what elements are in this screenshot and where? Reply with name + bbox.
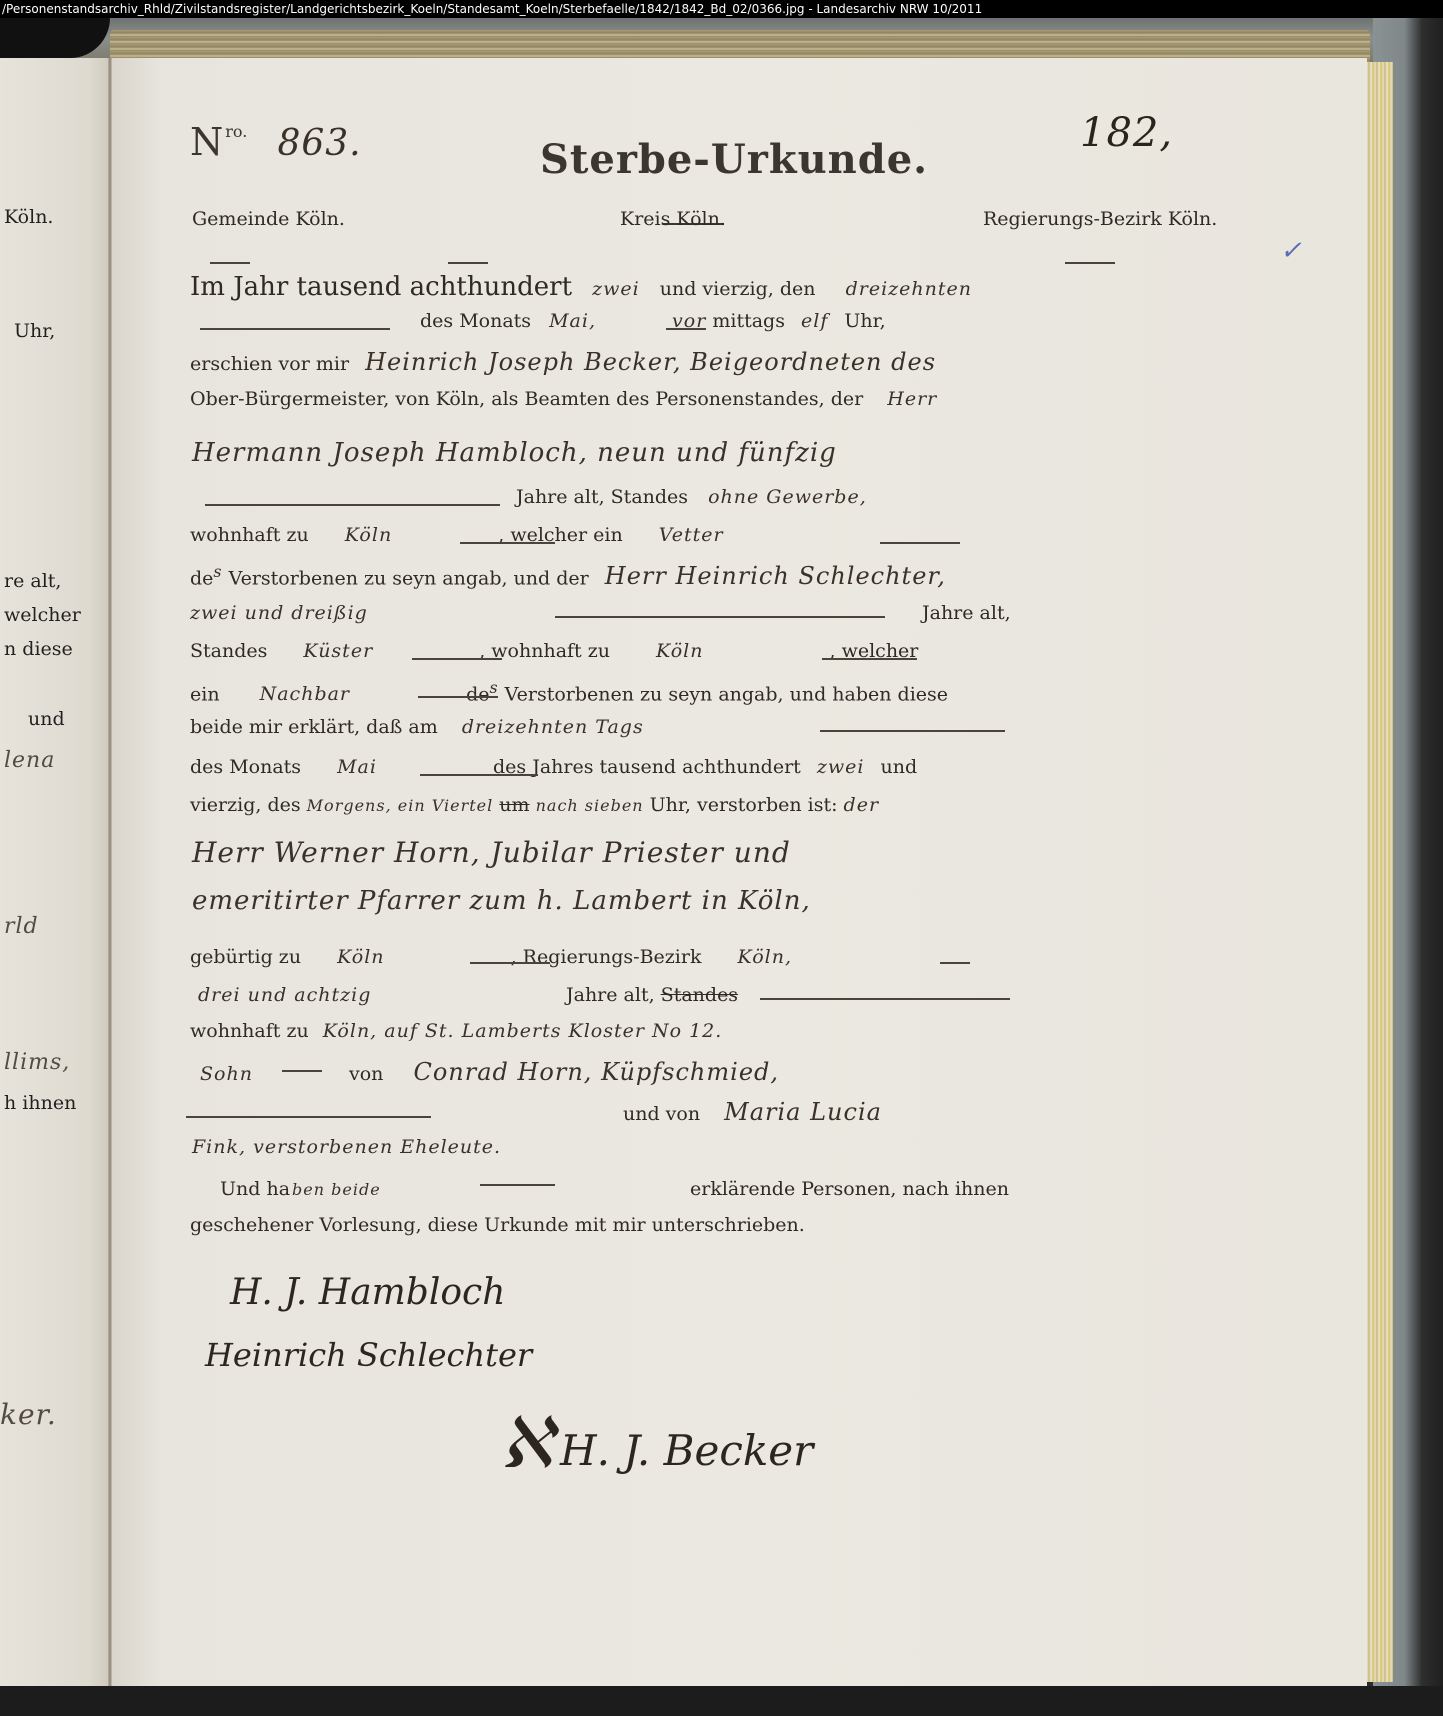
record-line: und von Maria Lucia bbox=[623, 1098, 882, 1126]
record-line: wohnhaft zu Köln, auf St. Lamberts Klost… bbox=[190, 1020, 722, 1042]
blank-line bbox=[205, 504, 500, 506]
blank-line bbox=[760, 998, 1010, 1000]
blank-line bbox=[412, 658, 502, 660]
record-number-field: Nro. 863. bbox=[190, 120, 362, 164]
left-bleed-text: welcher bbox=[4, 604, 81, 626]
blank-line bbox=[820, 730, 1005, 732]
record-line: vierzig, des Morgens, ein Viertel um nac… bbox=[190, 794, 879, 816]
scanned-register-page: Köln. Uhr, re alt, welcher n diese und l… bbox=[0, 18, 1443, 1716]
record-line: erklärende Personen, nach ihnen bbox=[690, 1178, 1009, 1200]
page-edges-right bbox=[1367, 62, 1393, 1682]
left-bleed-text: h ihnen bbox=[4, 1092, 76, 1114]
blank-line bbox=[420, 774, 538, 776]
record-line: Jahre alt, bbox=[922, 602, 1011, 624]
record-line: Und haben beide bbox=[220, 1178, 381, 1200]
record-line: Hermann Joseph Hambloch, neun und fünfzi… bbox=[192, 438, 837, 468]
blank-line bbox=[666, 328, 706, 330]
record-line: Ober-Bürgermeister, von Köln, als Beamte… bbox=[190, 388, 937, 410]
record-line: des Verstorbenen zu seyn angab, und der … bbox=[190, 562, 946, 590]
record-line: Fink, verstorbenen Eheleute. bbox=[192, 1136, 501, 1158]
divider bbox=[210, 262, 250, 264]
document-title: Sterbe-Urkunde. bbox=[540, 136, 928, 183]
left-bleed-text: und bbox=[28, 708, 65, 730]
record-line: Jahre alt, Standes bbox=[566, 984, 738, 1006]
record-line: Im Jahr tausend achthundert zwei und vie… bbox=[190, 272, 972, 302]
record-line: ein Nachbar des Verstorbenen zu seyn ang… bbox=[190, 678, 948, 705]
signature-schlechter: Heinrich Schlechter bbox=[205, 1336, 532, 1374]
blank-line bbox=[555, 616, 885, 618]
kreis-label: Kreis Köln. bbox=[620, 208, 726, 230]
blank-line bbox=[282, 1070, 322, 1072]
record-line: gebürtig zu Köln , Regierungs-Bezirk Köl… bbox=[190, 946, 792, 968]
record-line: emeritirter Pfarrer zum h. Lambert in Kö… bbox=[192, 886, 811, 916]
blank-line bbox=[186, 1116, 431, 1118]
blank-line bbox=[480, 1184, 555, 1186]
left-bleed-text: rld bbox=[4, 914, 39, 939]
record-line: Standes Küster , wohnhaft zu Köln , welc… bbox=[190, 640, 918, 662]
regierungsbezirk-label: Regierungs-Bezirk Köln. bbox=[983, 208, 1217, 230]
record-line: drei und achtzig bbox=[198, 984, 371, 1006]
divider bbox=[1065, 262, 1115, 264]
blue-pencil-check-icon: ✓ bbox=[1280, 236, 1302, 266]
divider bbox=[448, 262, 488, 264]
record-line: des Monats Mai, vor mittags elf Uhr, bbox=[420, 310, 886, 332]
page-annotation: 182, bbox=[1080, 110, 1173, 156]
left-bleed-text: llims, bbox=[4, 1050, 70, 1075]
signature-becker: H. J. Becker bbox=[560, 1426, 813, 1475]
flourish-icon: ℵ bbox=[500, 1413, 552, 1473]
record-line: zwei und dreißig bbox=[190, 602, 368, 624]
blank-line bbox=[460, 542, 555, 544]
blank-line bbox=[470, 962, 550, 964]
left-bleed-text: Uhr, bbox=[14, 320, 55, 342]
record-number: 863. bbox=[277, 123, 361, 164]
nro-label: Nro. bbox=[190, 120, 247, 164]
signature-hambloch: H. J. Hambloch bbox=[230, 1272, 505, 1313]
left-bleed-text: re alt, bbox=[4, 570, 61, 592]
viewer-title-bar: /Personenstandsarchiv_Rhld/Zivilstandsre… bbox=[0, 0, 1443, 18]
record-line: Sohn von Conrad Horn, Küpfschmied, bbox=[200, 1058, 779, 1086]
left-bleed-text: Köln. bbox=[4, 206, 53, 228]
left-bleed-text: ker. bbox=[0, 1398, 57, 1431]
blank-line bbox=[418, 696, 498, 698]
blank-line bbox=[880, 542, 960, 544]
record-line: erschien vor mir Heinrich Joseph Becker,… bbox=[190, 348, 936, 376]
left-bleed-text: n diese bbox=[4, 638, 73, 660]
record-line: beide mir erklärt, daß am dreizehnten Ta… bbox=[190, 716, 644, 738]
record-line: des Monats Mai des Jahres tausend achthu… bbox=[190, 756, 917, 778]
blank-line bbox=[822, 658, 917, 660]
record-line: Herr Werner Horn, Jubilar Priester und bbox=[192, 836, 791, 869]
blank-line bbox=[200, 328, 390, 330]
left-bleed-text: lena bbox=[4, 748, 55, 773]
record-line: geschehener Vorlesung, diese Urkunde mit… bbox=[190, 1214, 805, 1236]
book-cover-bottom bbox=[0, 1686, 1443, 1716]
blank-line bbox=[940, 962, 970, 964]
left-page: Köln. Uhr, re alt, welcher n diese und l… bbox=[0, 58, 110, 1686]
gemeinde-label: Gemeinde Köln. bbox=[192, 208, 345, 230]
record-line: Jahre alt, Standes ohne Gewerbe, bbox=[516, 486, 867, 508]
record-line: wohnhaft zu Köln , welcher ein Vetter bbox=[190, 524, 724, 546]
